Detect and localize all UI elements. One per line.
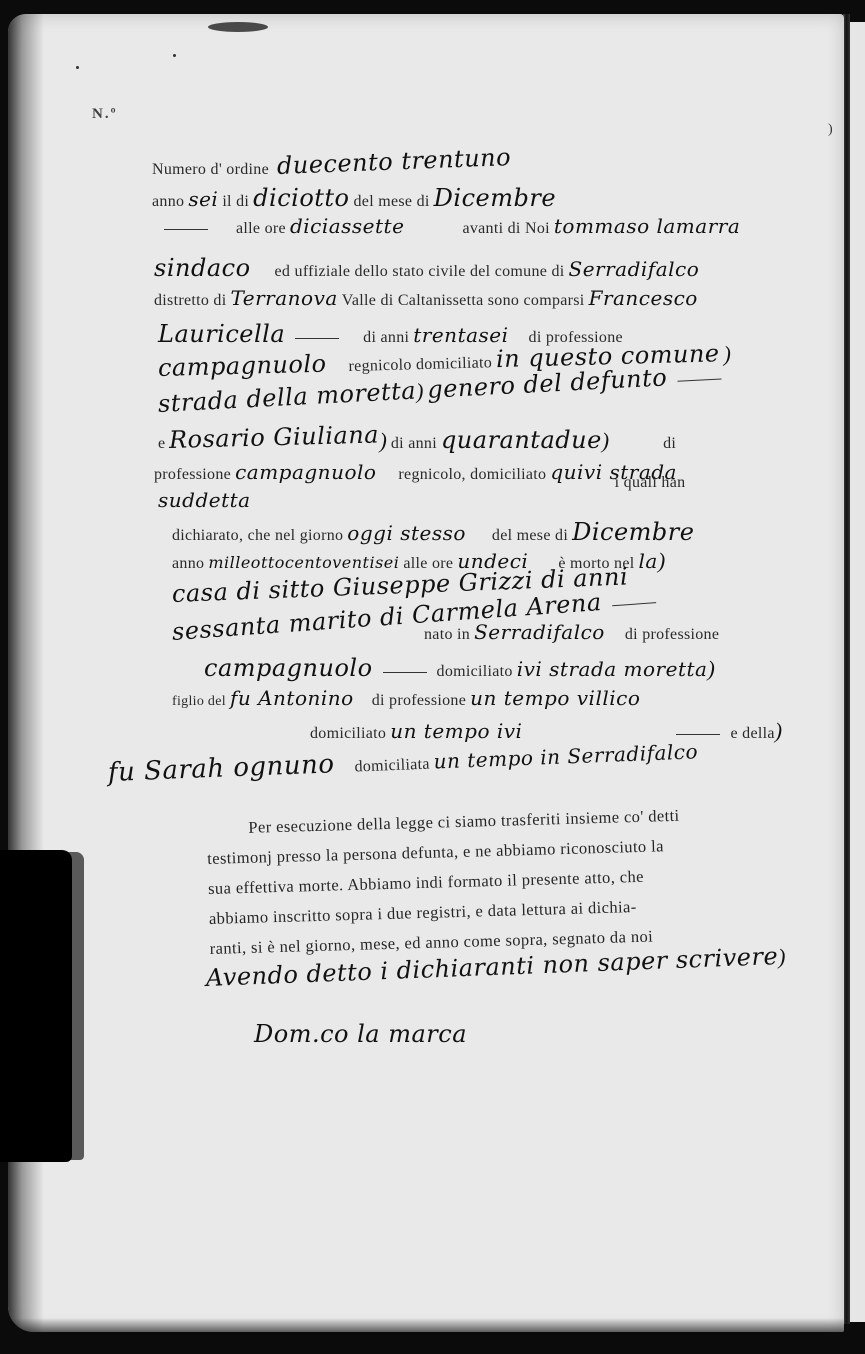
bracket-mark: ) [778, 944, 786, 969]
hw-comparso-1-nome: Francesco [589, 286, 698, 310]
fill-dash [295, 338, 339, 339]
label-figlio-del: figlio del [172, 694, 226, 709]
hw-ore: diciassette [290, 214, 405, 238]
label-anno-2: anno [172, 555, 204, 572]
hw-giorno-morte: oggi stesso [347, 521, 466, 545]
hw-professione-defunto: campagnuolo [204, 654, 373, 682]
label-domiciliato-2: domiciliato [310, 725, 386, 742]
record-number-mark: N.º [92, 106, 118, 123]
line-professione-2: professione campagnuolo regnicolo, domic… [154, 460, 677, 484]
hw-suddetta: suddetta [158, 488, 251, 512]
label-domiciliata: domiciliata [354, 756, 430, 776]
hw-morto-nel: la [639, 549, 658, 573]
bracket-mark: ) [775, 718, 782, 743]
bracket-mark: ) [602, 428, 609, 453]
fill-dash [677, 378, 721, 381]
label-dichiarato: dichiarato, che nel giorno [172, 527, 343, 544]
line-anno: anno sei il di diciotto del mese di Dice… [152, 184, 556, 212]
hw-comparso-1-strada: strada della moretta [157, 376, 417, 417]
label-professione-2: professione [154, 466, 231, 483]
hw-annotation-2: Dom.co la marca [254, 1020, 467, 1048]
bracket-mark: ) [415, 378, 424, 403]
ink-stain [208, 22, 268, 32]
line-suddetta: suddetta i quali han [158, 488, 685, 512]
line-numero-ordine: Numero d' ordine duecento trentuno [152, 152, 511, 180]
hw-sindaco: sindaco [154, 254, 251, 282]
bracket-mark: ) [658, 548, 665, 573]
hw-comparso-2-professione: campagnuolo [235, 460, 376, 484]
hw-professione-padre: un tempo villico [470, 686, 640, 710]
label-mese: del mese di [354, 193, 430, 210]
hw-padre: fu Antonino [230, 686, 354, 710]
bracket-mark: ) [707, 656, 714, 681]
fill-dash [612, 602, 656, 606]
label-avanti: avanti di Noi [462, 220, 549, 237]
line-ufficiale: sindaco ed uffiziale dello stato civile … [154, 254, 699, 282]
label-professione-4: di professione [372, 692, 466, 709]
label-valle: Valle di Caltanissetta sono comparsi [342, 292, 585, 309]
label-mese-2: del mese di [492, 527, 568, 544]
line-domicilio-defunto: campagnuolo domiciliato ivi strada moret… [204, 654, 715, 682]
hw-numero: duecento trentuno [276, 143, 511, 180]
hw-comparso-1-eta: trentasei [413, 323, 508, 347]
hw-anno-suffix: sei [188, 187, 218, 211]
label-ufficiale: ed uffiziale dello stato civile del comu… [275, 263, 565, 280]
fill-dash [164, 229, 208, 230]
hw-anno-morte: milleottocentoventisei [208, 553, 399, 572]
hw-sindaco-nome: tommaso lamarra [554, 214, 740, 238]
line-domicilio-padre: domiciliato un tempo ivi e della) [310, 718, 782, 744]
hw-comparso-1-professione: campagnuolo [158, 350, 327, 382]
hw-domicilio-padre: un tempo ivi [390, 719, 522, 743]
hw-comune: Serradifalco [569, 257, 700, 281]
hw-distretto: Terranova [230, 286, 337, 310]
hw-giorno: diciotto [253, 184, 349, 212]
closing-paragraph: Per esecuzione della legge ci siamo tras… [206, 797, 810, 964]
hw-nato-in: Serradifalco [474, 620, 605, 644]
page-gutter [843, 14, 850, 1324]
speck [173, 54, 176, 57]
line-distretto: distretto di Terranova Valle di Caltanis… [154, 286, 698, 310]
label-di: di [663, 435, 676, 452]
line-comparso-2: e Rosario Giuliana) di anni quarantadue)… [158, 426, 676, 454]
label-domiciliato: domiciliato [437, 663, 513, 680]
speck [76, 66, 79, 69]
label-regnicolo: regnicolo domiciliato [348, 354, 492, 375]
hw-madre: fu Sarah ognuno [107, 749, 335, 788]
line-dichiarato: dichiarato, che nel giorno oggi stesso d… [172, 518, 694, 546]
hw-domicilio-madre: un tempo in Serradifalco [433, 739, 698, 773]
hw-domicilio-defunto: ivi strada moretta [517, 657, 708, 681]
label-di-anni: di anni [363, 329, 409, 346]
hw-mese-morte: Dicembre [572, 518, 694, 546]
margin-mark: ) [828, 122, 833, 138]
label-distretto: distretto di [154, 292, 226, 309]
label-e: e [158, 435, 165, 452]
hw-comparso-2-nome: Rosario Giuliana [169, 421, 380, 454]
label-professione-3: di professione [625, 626, 719, 643]
hw-mese: Dicembre [434, 184, 556, 212]
line-padre: figlio del fu Antonino di professione un… [172, 686, 640, 710]
label-numero-ordine: Numero d' ordine [152, 161, 269, 178]
binding-tab [0, 850, 72, 1162]
label-e-della: e della [730, 725, 774, 742]
bracket-mark: ) [380, 428, 387, 453]
scanned-register-page: N.º ) Numero d' ordine duecento trentuno… [0, 0, 865, 1354]
label-alle-ore: alle ore [236, 220, 286, 237]
fill-dash [383, 672, 427, 673]
document-page: N.º ) Numero d' ordine duecento trentuno… [8, 14, 844, 1332]
annotation-line-2: Dom.co la marca [254, 1020, 467, 1048]
hw-comparso-2-eta: quarantadue [441, 426, 602, 454]
line-ore: alle ore diciassette avanti di Noi tomma… [158, 214, 740, 238]
hw-comparso-1-cognome: Lauricella [158, 320, 285, 348]
label-nato-in: nato in [424, 626, 470, 643]
label-anno: anno [152, 193, 184, 210]
facing-page-edge [848, 22, 865, 1322]
label-i-quali: i quali han [615, 474, 686, 491]
fill-dash [676, 734, 720, 735]
label-di-anni-2: di anni [391, 435, 437, 452]
line-nato: nato in Serradifalco di professione [424, 620, 719, 644]
label-il-di: il di [222, 193, 249, 210]
label-regnicolo-2: regnicolo, domiciliato [398, 466, 546, 483]
